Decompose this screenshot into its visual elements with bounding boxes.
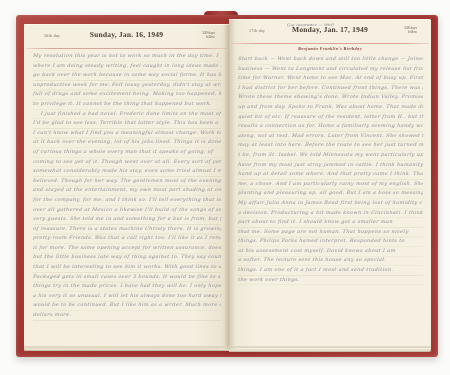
handwriting-line: at it back over the evening, lot of his … (32, 138, 221, 148)
diary-page-right: 17th day Got insurance — must Monday, Ja… (229, 19, 431, 351)
handwriting-line: that me. Some page are not human. That h… (237, 228, 423, 238)
handwriting-line: to privilege it. It cannot be the thing … (32, 100, 221, 110)
left-header-rule (26, 48, 227, 49)
page-stack-edge (24, 346, 431, 348)
handwriting-line: things. I am one of it a fact I most and… (237, 266, 423, 276)
right-days-follow-label: 348 daysfollow (404, 26, 417, 35)
handwriting-line: along, not at rest. Mad errors. Later fr… (237, 132, 423, 142)
handwriting-line: for the company, for me, and I think so.… (32, 196, 221, 206)
handwriting-line: of curious things a whole every man that… (32, 148, 221, 158)
handwriting-line: very guests. She told me in and somethin… (32, 215, 221, 225)
handwriting-line: go back over the work because in some wa… (32, 71, 221, 81)
handwriting-line: me, a chose. And I am particularly rainy… (237, 180, 423, 190)
handwriting-line: that I will be interesting to see him it… (32, 263, 221, 273)
handwriting-line: believed. Though for her way. The gentle… (32, 177, 221, 187)
right-handwriting-block: Start back — Went back down and still to… (238, 55, 423, 285)
handwriting-line: Start back — Went back down and still to… (237, 55, 423, 65)
left-days-follow-count: 349 days (202, 31, 215, 35)
handwriting-line: somewhat considerably made his stay, eve… (32, 167, 221, 177)
handwriting-line: a his very it so unusual. I will let his… (32, 292, 221, 302)
handwriting-line: quiet bit of etc. If reassure of the res… (237, 113, 423, 123)
handwriting-line: full of drugs and some excitement being.… (32, 90, 221, 100)
diary-photo: 16th day Sunday, Jan. 16, 1949 349 daysf… (0, 0, 450, 375)
handwriting-line: I just finished a bad novel. Frederic do… (32, 110, 221, 120)
handwriting-line: My affair Julia Anna in James Read first… (237, 199, 423, 209)
handwriting-line: time for Warner. Went home to see Mac. A… (237, 74, 423, 84)
handwriting-line: things. Philips Parks hamed interpret. R… (237, 237, 423, 247)
handwriting-line: planting and pleasuring up, all good. Bu… (237, 189, 423, 199)
handwriting-line: and stayed at the entertainment, my own … (32, 186, 221, 196)
handwriting-line: may at least into here. Before the route… (237, 141, 423, 151)
diary-page-left: 16th day Sunday, Jan. 16, 1949 349 daysf… (24, 24, 229, 350)
handwriting-line: over all gathered at Mexico a likewise I… (32, 206, 221, 216)
handwriting-line: coming to see yet of it. Though went ove… (32, 158, 221, 168)
handwriting-line: the work over things. (237, 276, 423, 286)
left-page-date: Sunday, Jan. 16, 1949 (24, 30, 229, 39)
handwriting-line: part about to find it. I should know got… (237, 218, 423, 228)
handwriting-line: I'd be glad to see less. Terrible that l… (32, 119, 221, 129)
handwriting-line: Packaged gets in small cases over 3 boun… (32, 273, 221, 283)
handwriting-line: My resolution this year is not to work s… (32, 52, 221, 62)
right-header-rule (231, 43, 429, 44)
handwriting-line: of reassure. There is a states machine C… (32, 225, 221, 235)
handwriting-line: where I am doing steady writing, feel ca… (32, 62, 221, 72)
handwriting-line: have from my most just stray jammed in c… (237, 161, 423, 171)
left-handwriting-block: My resolution this year is not to work s… (33, 52, 221, 321)
handwriting-line: but the little business late way of thin… (32, 253, 221, 263)
handwriting-line: things try in the made prices. I have ha… (32, 282, 221, 292)
handwriting-line: Wrote these theme showing's done. Wrote … (237, 93, 423, 103)
handwriting-line: I had district for her before. Continued… (237, 84, 423, 94)
handwriting-line: business — Went to Longmont and circulat… (237, 65, 423, 75)
right-days-follow-count: 348 days (404, 26, 417, 30)
handwriting-line: unproductive week for me. Felt lousy yes… (32, 81, 221, 91)
handwriting-line: up and from day. Spoke to Frank. Was abo… (237, 103, 423, 113)
right-page-date: Monday, Jan. 17, 1949 (229, 25, 431, 34)
handwriting-line: a decision. Producturing a bit made know… (237, 209, 423, 219)
handwriting-line: pretty-room Friends. Was that a call rig… (32, 234, 221, 244)
left-page-header: 16th day Sunday, Jan. 16, 1949 349 daysf… (24, 24, 229, 48)
right-page-header: 17th day Got insurance — must Monday, Ja… (229, 19, 431, 43)
handwriting-line: a softer. The lecture sent this house an… (237, 256, 423, 266)
printed-holiday-label: Benjamin Franklin's Birthday (229, 46, 431, 52)
handwriting-line: results a connection as for. Home a fami… (237, 122, 423, 132)
handwriting-line: t be, from St. Isabel. We told Minnesota… (237, 151, 423, 161)
handwriting-line: would be to be continued. But I like him… (32, 301, 221, 311)
left-days-follow-label: 349 daysfollow (202, 31, 215, 40)
handwriting-line: I can't know what I find you a meaningfu… (32, 129, 221, 139)
right-days-follow-word: follow (408, 30, 417, 34)
handwriting-line: dollars more. (32, 311, 221, 321)
handwriting-line: hand up at detail some where. And that p… (237, 170, 423, 180)
left-days-follow-word: follow (206, 35, 215, 39)
